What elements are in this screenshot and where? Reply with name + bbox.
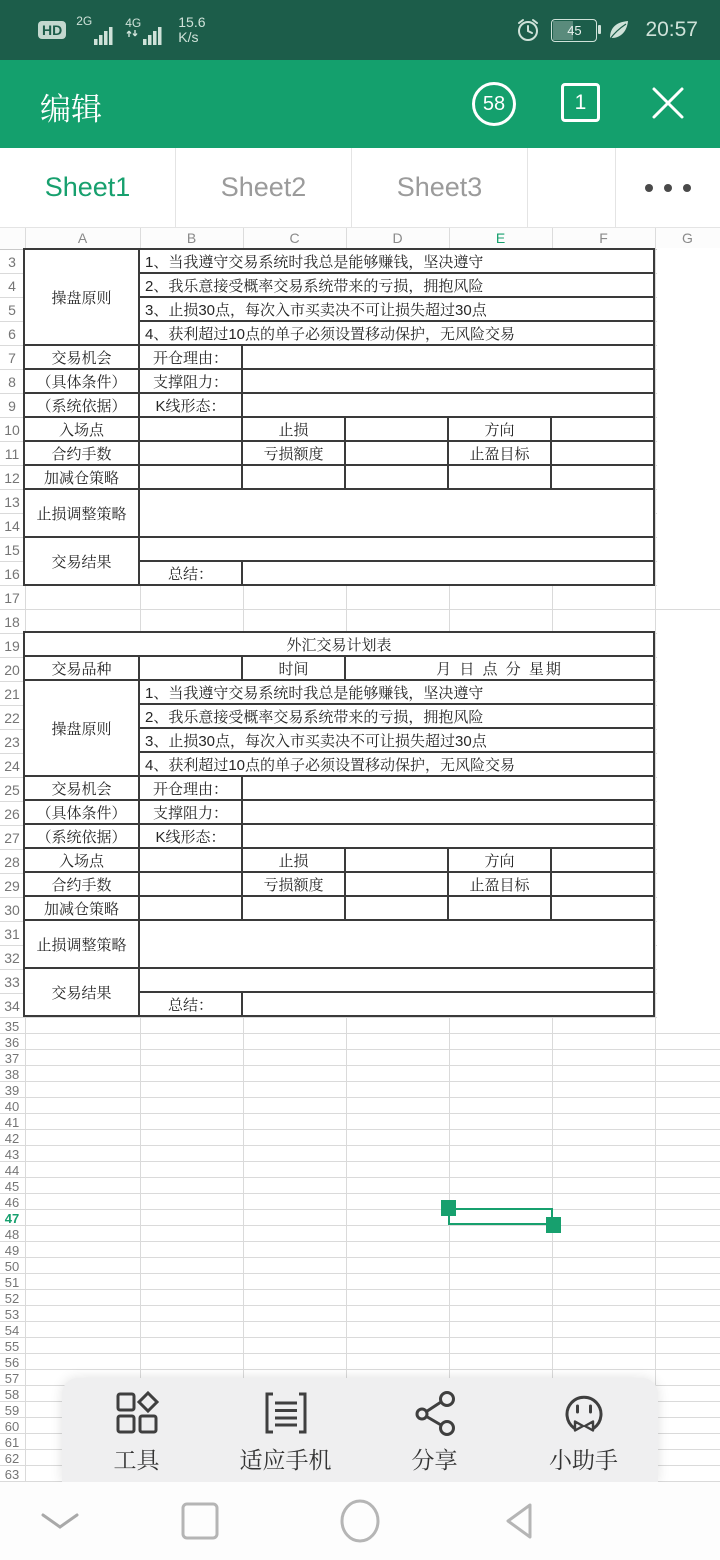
row-header-52[interactable]: 52 xyxy=(0,1290,24,1306)
empty-cell[interactable] xyxy=(243,993,655,1017)
signal-bars-icon xyxy=(93,23,115,47)
row-header-11[interactable]: 11 xyxy=(0,442,24,466)
row-header-51[interactable]: 51 xyxy=(0,1274,24,1290)
sheet-tab-bar: Sheet1 Sheet2 Sheet3 xyxy=(0,148,720,228)
row-header-20[interactable]: 20 xyxy=(0,658,24,682)
empty-cell[interactable] xyxy=(243,394,655,418)
row-header-25[interactable]: 25 xyxy=(0,778,24,802)
column-header-D[interactable]: D xyxy=(378,230,418,246)
row-header-45[interactable]: 45 xyxy=(0,1178,24,1194)
cell-loss-amount-label[interactable]: 亏损额度 xyxy=(243,442,346,466)
row-header-53[interactable]: 53 xyxy=(0,1306,24,1322)
row-header-56[interactable]: 56 xyxy=(0,1354,24,1370)
empty-cell[interactable] xyxy=(243,777,655,801)
cell-support-label[interactable]: 支撑阻力： xyxy=(140,801,243,825)
row-header-28[interactable]: 28 xyxy=(0,850,24,874)
row-header-42[interactable]: 42 xyxy=(0,1130,24,1146)
cell-principle-2[interactable]: 2、我乐意接受概率交易系统带来的亏损，拥抱风险 xyxy=(140,705,655,729)
row-header-13[interactable]: 13 xyxy=(0,490,24,514)
row-header-5[interactable]: 5 xyxy=(0,298,24,322)
cell-lots-label[interactable]: 合约手数 xyxy=(25,442,140,466)
empty-cell[interactable] xyxy=(140,873,243,897)
member-count-badge[interactable]: 58 xyxy=(472,82,516,126)
hide-navbar-button[interactable] xyxy=(20,1482,100,1560)
empty-cell[interactable] xyxy=(243,562,655,586)
cell-basis-label[interactable]: （系统依据） xyxy=(25,825,140,849)
cell-principle-2[interactable]: 2、我乐意接受概率交易系统带来的亏损，拥抱风险 xyxy=(140,274,655,298)
empty-cell[interactable] xyxy=(346,897,449,921)
cell-condition-label[interactable]: （具体条件） xyxy=(25,801,140,825)
row-header-48[interactable]: 48 xyxy=(0,1226,24,1242)
power-saving-leaf-icon xyxy=(607,18,631,42)
row-header-39[interactable]: 39 xyxy=(0,1082,24,1098)
wps-spreadsheet-screen: HD 2G 4G xyxy=(0,0,720,1560)
empty-cell[interactable] xyxy=(552,849,655,873)
empty-cell[interactable] xyxy=(449,466,552,490)
tools-icon xyxy=(114,1390,160,1436)
cell-profit-target-label[interactable]: 止盈目标 xyxy=(449,873,552,897)
fit-phone-icon xyxy=(263,1390,309,1436)
row-header-14[interactable]: 14 xyxy=(0,514,24,538)
row-header-49[interactable]: 49 xyxy=(0,1242,24,1258)
row-header-4[interactable]: 4 xyxy=(0,274,24,298)
row-header-3[interactable]: 3 xyxy=(0,250,24,274)
cell-lots-label[interactable]: 合约手数 xyxy=(25,873,140,897)
column-header-G[interactable]: G xyxy=(668,230,708,246)
share-button[interactable]: 分享 xyxy=(365,1378,505,1482)
row-header-8[interactable]: 8 xyxy=(0,370,24,394)
empty-cell[interactable] xyxy=(346,442,449,466)
close-icon[interactable] xyxy=(650,85,686,121)
floating-toolbar: 工具 适应手机 分享 小助手 xyxy=(62,1378,658,1482)
row-header-32[interactable]: 32 xyxy=(0,946,24,970)
empty-cell[interactable] xyxy=(140,897,243,921)
cell-condition-label[interactable]: （具体条件） xyxy=(25,370,140,394)
empty-cell[interactable] xyxy=(552,442,655,466)
row-header-31[interactable]: 31 xyxy=(0,922,24,946)
cell-principle-3[interactable]: 3、止损30点，每次入市买卖决不可让损失超过30点 xyxy=(140,729,655,753)
row-header-58[interactable]: 58 xyxy=(0,1386,24,1402)
assistant-button[interactable]: 小助手 xyxy=(514,1378,654,1482)
cell-kline-label[interactable]: K线形态： xyxy=(140,825,243,849)
empty-cell[interactable] xyxy=(140,921,655,969)
empty-cell[interactable] xyxy=(243,346,655,370)
column-header-divider xyxy=(25,228,26,249)
row-header-7[interactable]: 7 xyxy=(0,346,24,370)
empty-cell[interactable] xyxy=(243,466,346,490)
row-header-43[interactable]: 43 xyxy=(0,1146,24,1162)
column-header-F[interactable]: F xyxy=(584,230,624,246)
selection-handle-bottom-right[interactable] xyxy=(546,1217,561,1233)
empty-cell[interactable] xyxy=(449,897,552,921)
empty-cell[interactable] xyxy=(552,873,655,897)
square-icon xyxy=(180,1501,220,1541)
assistant-icon xyxy=(561,1390,607,1436)
cell-variety-label[interactable]: 交易品种 xyxy=(25,657,140,681)
cell-time-label[interactable]: 时间 xyxy=(243,657,346,681)
empty-cell[interactable] xyxy=(140,657,243,681)
empty-cell[interactable] xyxy=(140,538,655,562)
cell-entry-label[interactable]: 入场点 xyxy=(25,849,140,873)
row-header-16[interactable]: 16 xyxy=(0,562,24,586)
row-header-33[interactable]: 33 xyxy=(0,970,24,994)
column-header-row: ABCDEFG xyxy=(0,228,720,250)
table1-right-margin xyxy=(657,248,720,586)
tab-sheet3[interactable]: Sheet3 xyxy=(352,148,528,227)
page-title: 编辑 xyxy=(40,84,102,129)
cell-entry-label[interactable]: 入场点 xyxy=(25,418,140,442)
table2-right-margin xyxy=(657,631,720,1018)
cell-stop-adjust-label[interactable]: 止损调整策略 xyxy=(25,921,140,969)
tab-spacer xyxy=(528,148,616,227)
cell-principles-label[interactable]: 操盘原则 xyxy=(25,250,140,346)
gridline-vertical xyxy=(655,250,656,1482)
row-header-54[interactable]: 54 xyxy=(0,1322,24,1338)
cell-result-label[interactable]: 交易结果 xyxy=(25,969,140,1017)
empty-cell[interactable] xyxy=(552,466,655,490)
cell-basis-label[interactable]: （系统依据） xyxy=(25,394,140,418)
column-header-B[interactable]: B xyxy=(172,230,212,246)
column-header-E[interactable]: E xyxy=(481,230,521,246)
row-header-63[interactable]: 63 xyxy=(0,1466,24,1482)
cell-open-reason-label[interactable]: 开仓理由： xyxy=(140,777,243,801)
row-header-59[interactable]: 59 xyxy=(0,1402,24,1418)
alarm-icon xyxy=(515,17,541,43)
row-header-38[interactable]: 38 xyxy=(0,1066,24,1082)
cell-principle-1[interactable]: 1、当我遵守交易系统时我总是能够赚钱，坚决遵守 xyxy=(140,681,655,705)
row-header-36[interactable]: 36 xyxy=(0,1034,24,1050)
column-header-divider xyxy=(552,228,553,249)
cell-result-label[interactable]: 交易结果 xyxy=(25,538,140,586)
empty-cell[interactable] xyxy=(140,490,655,538)
row-header-10[interactable]: 10 xyxy=(0,418,24,442)
row-header-41[interactable]: 41 xyxy=(0,1114,24,1130)
cell-profit-target-label[interactable]: 止盈目标 xyxy=(449,442,552,466)
cell-add-reduce-label[interactable]: 加减仓策略 xyxy=(25,466,140,490)
empty-cell[interactable] xyxy=(552,418,655,442)
empty-cell[interactable] xyxy=(140,442,243,466)
row-header-6[interactable]: 6 xyxy=(0,322,24,346)
row-header-22[interactable]: 22 xyxy=(0,706,24,730)
column-header-divider xyxy=(655,228,656,249)
cell-datetime-fields[interactable]: 月 日 点 分 星期 xyxy=(346,657,655,681)
clock-time: 20:57 xyxy=(645,18,698,42)
battery-percent: 45 xyxy=(567,23,581,38)
signal-bars-icon xyxy=(142,23,164,47)
empty-cell[interactable] xyxy=(243,370,655,394)
selection-handle-top-left[interactable] xyxy=(441,1200,456,1216)
row-header-62[interactable]: 62 xyxy=(0,1450,24,1466)
cell-open-reason-label[interactable]: 开仓理由： xyxy=(140,346,243,370)
cell-opportunity-label[interactable]: 交易机会 xyxy=(25,777,140,801)
empty-cell[interactable] xyxy=(243,825,655,849)
row-header-18[interactable]: 18 xyxy=(0,610,24,634)
signal-4g-icon: 4G xyxy=(125,13,164,47)
column-header-divider xyxy=(346,228,347,249)
tab-sheet2[interactable]: Sheet2 xyxy=(176,148,352,227)
app-bar: 编辑 58 1 xyxy=(0,60,720,148)
row-header-61[interactable]: 61 xyxy=(0,1434,24,1450)
hd-volte-icon: HD xyxy=(38,21,66,39)
row-header-29[interactable]: 29 xyxy=(0,874,24,898)
status-bar: HD 2G 4G xyxy=(0,0,720,60)
row-header-23[interactable]: 23 xyxy=(0,730,24,754)
empty-cell[interactable] xyxy=(140,969,655,993)
empty-cell[interactable] xyxy=(346,849,449,873)
cell-opportunity-label[interactable]: 交易机会 xyxy=(25,346,140,370)
row-header-47[interactable]: 47 xyxy=(0,1210,24,1226)
multi-window-button[interactable]: 1 xyxy=(561,83,600,122)
column-header-A[interactable]: A xyxy=(63,230,103,246)
row-header-57[interactable]: 57 xyxy=(0,1370,24,1386)
cell-table-title[interactable]: 外汇交易计划表 xyxy=(25,633,655,657)
column-header-divider xyxy=(140,228,141,249)
cell-principle-4[interactable]: 4、获利超过10点的单子必须设置移动保护，无风险交易 xyxy=(140,322,655,346)
cell-principle-3[interactable]: 3、止损30点，每次入市买卖决不可让损失超过30点 xyxy=(140,298,655,322)
empty-cell[interactable] xyxy=(346,873,449,897)
column-header-divider xyxy=(243,228,244,249)
chevron-down-icon xyxy=(39,1511,81,1531)
signal-2g-icon: 2G xyxy=(76,13,115,47)
row-header-50[interactable]: 50 xyxy=(0,1258,24,1274)
cell-summary-label[interactable]: 总结： xyxy=(140,562,243,586)
cell-direction-label[interactable]: 方向 xyxy=(449,849,552,873)
row-header-21[interactable]: 21 xyxy=(0,682,24,706)
row-header-15[interactable]: 15 xyxy=(0,538,24,562)
row-header-55[interactable]: 55 xyxy=(0,1338,24,1354)
cell-principles-label[interactable]: 操盘原则 xyxy=(25,681,140,777)
empty-cell[interactable] xyxy=(243,897,346,921)
home-button[interactable] xyxy=(320,1482,400,1560)
cell-summary-label[interactable]: 总结： xyxy=(140,993,243,1017)
column-header-divider xyxy=(449,228,450,249)
fit-phone-button[interactable]: 适应手机 xyxy=(216,1378,356,1482)
triangle-left-icon xyxy=(500,1501,540,1541)
tools-button[interactable]: 工具 xyxy=(67,1378,207,1482)
empty-cell[interactable] xyxy=(243,801,655,825)
sheet-menu-button[interactable] xyxy=(616,148,720,227)
circle-icon xyxy=(338,1499,382,1543)
row-header-60[interactable]: 60 xyxy=(0,1418,24,1434)
row-header-12[interactable]: 12 xyxy=(0,466,24,490)
row-header-30[interactable]: 30 xyxy=(0,898,24,922)
trade-plan-table-1: 操盘原则 1、当我遵守交易系统时我总是能够赚钱，坚决遵守 2、我乐意接受概率交易… xyxy=(23,248,655,586)
cell-stop-label[interactable]: 止损 xyxy=(243,849,346,873)
cell-stop-adjust-label[interactable]: 止损调整策略 xyxy=(25,490,140,538)
battery-icon: 45 xyxy=(551,19,597,42)
row-header-27[interactable]: 27 xyxy=(0,826,24,850)
cell-direction-label[interactable]: 方向 xyxy=(449,418,552,442)
row-header-26[interactable]: 26 xyxy=(0,802,24,826)
empty-cell[interactable] xyxy=(552,897,655,921)
empty-cell[interactable] xyxy=(140,418,243,442)
cell-selection-E47[interactable] xyxy=(448,1208,553,1225)
cell-principle-1[interactable]: 1、当我遵守交易系统时我总是能够赚钱，坚决遵守 xyxy=(140,250,655,274)
cell-add-reduce-label[interactable]: 加减仓策略 xyxy=(25,897,140,921)
cell-kline-label[interactable]: K线形态： xyxy=(140,394,243,418)
row-header-44[interactable]: 44 xyxy=(0,1162,24,1178)
empty-cell[interactable] xyxy=(140,466,243,490)
row-header-9[interactable]: 9 xyxy=(0,394,24,418)
android-nav-bar xyxy=(0,1482,720,1560)
cell-stop-label[interactable]: 止损 xyxy=(243,418,346,442)
row-header-19[interactable]: 19 xyxy=(0,634,24,658)
empty-cell[interactable] xyxy=(346,466,449,490)
empty-cell[interactable] xyxy=(346,418,449,442)
back-button[interactable] xyxy=(480,1482,560,1560)
status-left: HD 2G 4G xyxy=(38,13,206,47)
status-right: 45 20:57 xyxy=(515,17,698,43)
cell-principle-4[interactable]: 4、获利超过10点的单子必须设置移动保护，无风险交易 xyxy=(140,753,655,777)
row-header-37[interactable]: 37 xyxy=(0,1050,24,1066)
trade-plan-table-2: 外汇交易计划表 交易品种 时间 月 日 点 分 星期 操盘原则 1、当我遵守交易… xyxy=(23,631,655,1017)
cell-support-label[interactable]: 支撑阻力： xyxy=(140,370,243,394)
tab-sheet1[interactable]: Sheet1 xyxy=(0,148,176,227)
row-header-17[interactable]: 17 xyxy=(0,586,24,610)
cell-loss-amount-label[interactable]: 亏损额度 xyxy=(243,873,346,897)
row-header-35[interactable]: 35 xyxy=(0,1018,24,1034)
share-icon xyxy=(412,1390,458,1436)
row-header-24[interactable]: 24 xyxy=(0,754,24,778)
row-header-34[interactable]: 34 xyxy=(0,994,24,1018)
more-dots-icon xyxy=(645,184,653,192)
data-arrows-icon xyxy=(125,29,139,38)
column-header-C[interactable]: C xyxy=(275,230,315,246)
row-header-40[interactable]: 40 xyxy=(0,1098,24,1114)
recents-button[interactable] xyxy=(160,1482,240,1560)
empty-cell[interactable] xyxy=(140,849,243,873)
network-speed: 15.6 K/s xyxy=(178,15,205,45)
row-header-46[interactable]: 46 xyxy=(0,1194,24,1210)
